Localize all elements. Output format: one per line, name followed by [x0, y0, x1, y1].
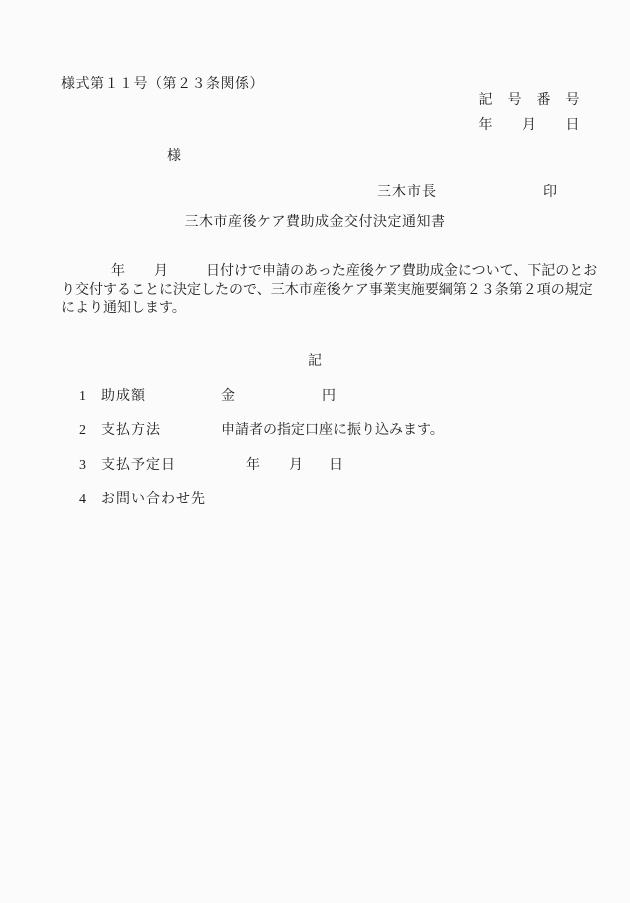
form-number: 様式第１１号（第２３条関係）	[61, 76, 264, 94]
list-heading: 記	[0, 353, 630, 371]
item-2-value: 申請者の指定口座に振り込みます。	[221, 422, 444, 440]
document-title: 三木市産後ケア費助成金交付決定通知書	[0, 214, 630, 232]
reference-number-label: 記 号 番 号	[479, 92, 581, 110]
body-line-3: により通知します。	[61, 300, 186, 318]
item-4-label: お問い合わせ先	[101, 491, 206, 509]
date-line: 年 月 日	[479, 117, 581, 135]
addressee-honorific: 様	[167, 148, 181, 166]
body-month-blank: 月	[154, 263, 168, 281]
item-1-amount-suffix: 円	[322, 388, 336, 406]
item-3-day-blank: 日	[329, 457, 343, 475]
item-1-amount-prefix: 金	[221, 388, 235, 406]
item-3-label: 支払予定日	[101, 457, 176, 475]
item-3-number: 3	[79, 457, 86, 475]
item-3-year-blank: 年	[246, 457, 260, 475]
item-3-month-blank: 月	[289, 457, 303, 475]
body-line-2: り交付することに決定したので、三木市産後ケア事業実施要綱第２３条第２項の規定	[61, 282, 593, 300]
sender-title: 三木市長	[377, 184, 437, 202]
notice-document-page: 様式第１１号（第２３条関係） 記 号 番 号 年 月 日 様 三木市長 印 三木…	[0, 0, 630, 903]
body-line-1: 日付けで申請のあった産後ケア費助成金について、下記のとお	[206, 263, 597, 281]
item-4-number: 4	[79, 491, 86, 509]
item-2-label: 支払方法	[101, 422, 161, 440]
item-1-label: 助成額	[101, 388, 146, 406]
seal-mark: 印	[543, 184, 557, 202]
item-2-number: 2	[79, 422, 86, 440]
body-year-blank: 年	[111, 263, 125, 281]
item-1-number: 1	[79, 388, 86, 406]
